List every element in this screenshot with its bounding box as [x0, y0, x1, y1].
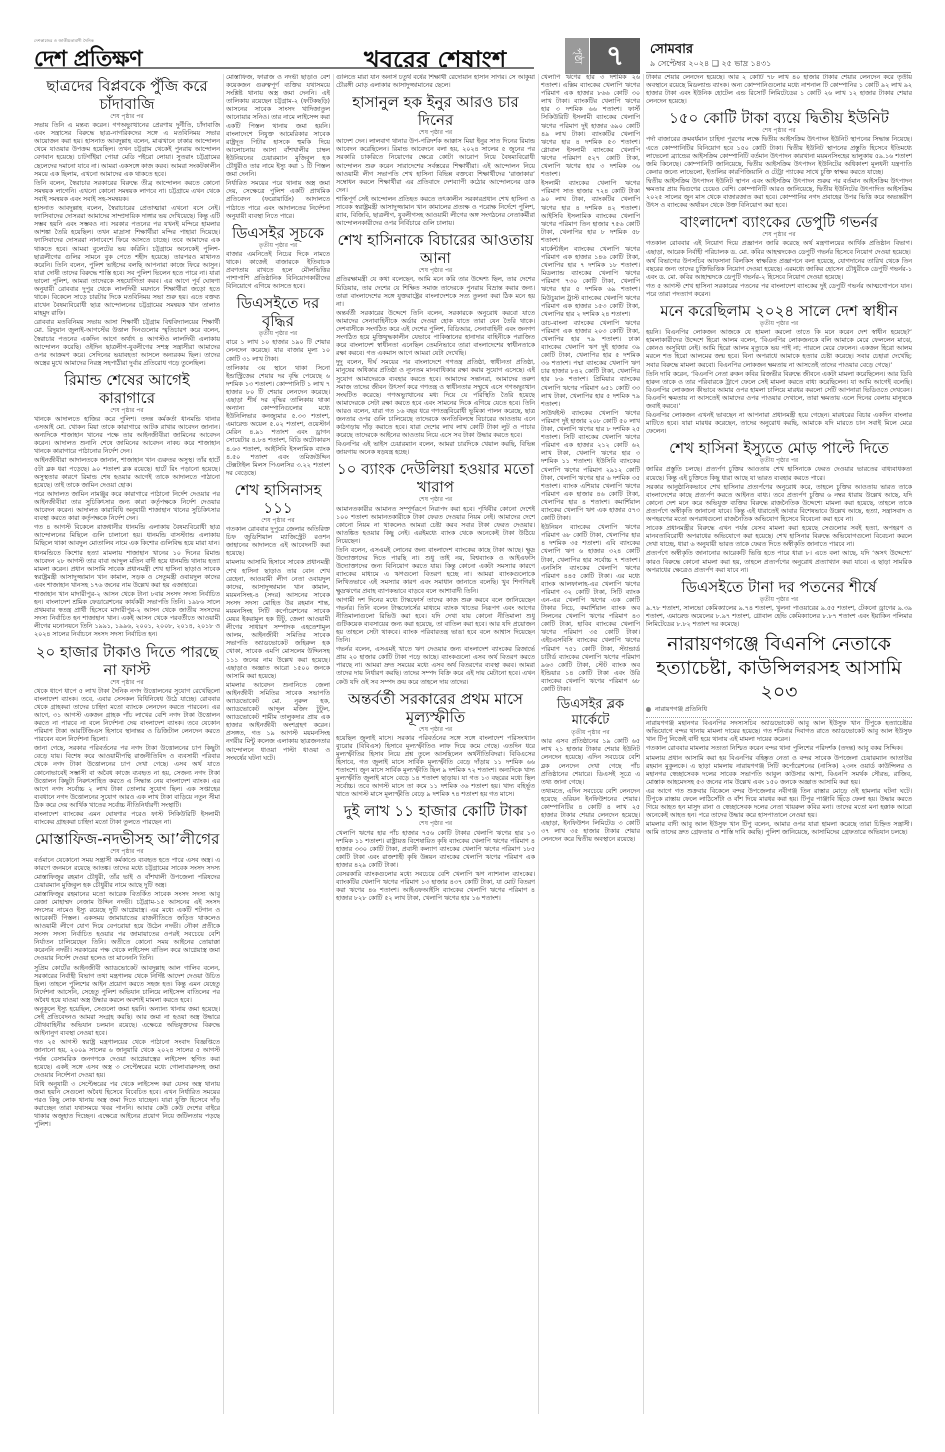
bullet-icon — [646, 707, 651, 712]
article-paragraph: বিএনপির এই ভাইস চেয়ারম্যান বলেন, আমরা চ… — [336, 441, 535, 457]
headline-deputy-governor[interactable]: বাংলাদেশ ব্যাংকের ডেপুটি গভর্নর — [646, 213, 912, 231]
article-paragraph: সাবেক প্রধানমন্ত্রীর বিরুদ্ধে এখন পর্যন্… — [646, 525, 912, 549]
article-paragraph: হয়েছিল জুলাই মাসে। সরকার পরিবর্তনের সঙ্… — [336, 735, 535, 800]
column-divider — [223, 74, 224, 1414]
date-divider — [646, 72, 911, 73]
article-paragraph: মামলায় প্রধান আসামি করা হয় বিএনপির বহি… — [646, 755, 912, 787]
article-paragraph: সরকার আনুষ্ঠানিকভাবে শেখ হাসিনার প্রত্যর… — [646, 484, 912, 524]
article-paragraph: মামলায় আসামি হিসাবে সাবেক প্রধানমন্ত্রী… — [226, 559, 330, 680]
continuation-note: শেষ পৃষ্ঠার পর — [34, 407, 220, 415]
article-paragraph: বাজার এমনিতেই নিচের দিকে নামতে থাকে। কাজ… — [226, 251, 330, 291]
masthead: দেশকাজের ও জাতীয়তাবাদী দৈনিক দেশ প্রতিক… — [34, 38, 914, 68]
article-paragraph: অন্তর্বর্তী সরকারের উদ্দেশে তিনি বলেন, স… — [336, 310, 535, 359]
article-paragraph: জারির প্রস্তুতি চলছে। প্রত্যর্পণ চুক্তির… — [646, 466, 912, 482]
article-paragraph: তথ্যমতে, এদিন সবচেয়ে বেশি লেনদেন হয়েছে… — [541, 788, 640, 845]
page-label: পৃষ্ঠা — [565, 38, 589, 74]
column-divider — [333, 74, 334, 1414]
continuation-note: শেষ পৃষ্ঠার পর — [336, 726, 535, 734]
continuation-note: শেষ পৃষ্ঠার পর — [336, 820, 535, 828]
continuation-note: শেষ পৃষ্ঠার পর — [34, 848, 220, 856]
headline-dse-suchok[interactable]: ডিএসইর সূচকে — [226, 224, 330, 242]
article-paragraph: ইউনিয়ন ব্যাংকের খেলাপি ঋণের পরিমাণ ৬৮ ক… — [541, 524, 640, 694]
article-paragraph: প্রত্যর্পণে অস্বীকৃতি জানানোর আরেকটি ভিত… — [646, 550, 912, 574]
article-paragraph: হাসনাত আবদুল্লাহ বলেন, স্বৈরাচারের প্রেত… — [34, 205, 220, 318]
headline-dse-dor-briddhi[interactable]: ডিএসইতে দর বৃদ্ধির — [226, 294, 330, 330]
article-paragraph: জানা গেছে, সরকার পরিবর্তনের পর নগদ টাকা … — [34, 745, 220, 810]
article-paragraph: গতকাল রোববার মামলার সত্যতা নিশ্চিত করেন … — [646, 745, 912, 753]
headline-dui-lakh-koti[interactable]: দুই লাখ ১১ হাজার কোটি টাকা — [336, 802, 535, 820]
column-4: খেলাপি ঋণের হার ৩ দশমিক ২৬ শতাংশ। এক্সিম… — [541, 74, 640, 1394]
article-paragraph: মামলার বাদী আবু আল ইউসুফ খান টিপু বলেন, … — [646, 821, 912, 837]
article-paragraph: ডাচ-বাংলা ব্যাংকের খেলাপি ঋণের পরিমাণ এক… — [541, 320, 640, 409]
byline: নারায়ণগঞ্জ প্রতিনিধি — [646, 706, 912, 718]
article-paragraph: গতকাল রোববার দুপুরে জেলার অতিরিক্ত চিফ জ… — [226, 526, 330, 558]
article-paragraph: মার্কেন্টাইল ব্যাংকের খেলাপি ঋণের পরিমাণ… — [541, 246, 640, 319]
article-paragraph: অর্থ বিভাগের উপসচিব আফসানা বিলকিস স্বাক্… — [646, 258, 912, 282]
headline-dse-block-market[interactable]: ডিএসইর ব্লক মার্কেটে — [541, 697, 640, 729]
column-divider — [643, 74, 644, 1414]
issue-date: ৯ সেপ্টেম্বর ২০২৪ ❑ ২৫ ভাদ্র ১৪৩১ — [650, 58, 771, 71]
article-paragraph: মামলার আবেদন শুনানিতে জেলা আইনজীবী সমিতি… — [226, 682, 330, 763]
byline-text: নারায়ণগঞ্জ প্রতিনিধি — [655, 706, 707, 713]
article-paragraph: ধানমন্ডিতে কিশোর হত্যা মামলায় শাজাহান খ… — [34, 550, 220, 590]
headline-2024-desh-swadhin[interactable]: মনে করেছিলাম ২০২৪ সালে দেশ স্বাধীন — [646, 302, 912, 320]
continuation-note: শেষ পৃষ্ঠার পর — [646, 127, 912, 135]
column-2: মোস্তাফিজ, ফারাজ ও নদভী ছাড়াও বেশ কয়েক… — [226, 74, 330, 1394]
continuation-note: শেষ পৃষ্ঠার পর — [336, 496, 535, 504]
article-paragraph: ইসলামী ব্যাংকের খেলাপি ঋণের পরিমাণ সাত হ… — [541, 180, 640, 245]
continuation-note: শেষ পৃষ্ঠার পর — [336, 267, 535, 275]
article-paragraph: গুলিতে মারা যান অনার্স চতুর্থ বর্ষের শিক… — [336, 74, 535, 90]
continuation-note: তৃতীয় পৃষ্ঠার পর — [226, 330, 330, 338]
continuation-note: তৃতীয় পৃষ্ঠার পর — [646, 457, 912, 465]
column-1: ছাত্রদের বিপ্লবকে পুঁজি করে চাঁদাবাজি শে… — [34, 74, 220, 1394]
continuation-note: শেষ পৃষ্ঠার পর — [226, 517, 330, 525]
continuation-note: শেষ পৃষ্ঠার পর — [646, 231, 912, 239]
article-paragraph: তিনি বলেন, স্বৈরাচার সরকারের বিরুদ্ধে তী… — [34, 180, 220, 204]
continuation-note: তৃতীয় পৃষ্ঠার পর — [646, 320, 912, 328]
article-paragraph: সভায় তিনি এ মন্তব্য করেন। গণঅভ্যুত্থানে… — [34, 122, 220, 179]
article-paragraph: সুপ্রিম কোর্টের আইনজীবী অ্যাডভোকেট আবদুল… — [34, 965, 220, 1005]
article-paragraph: শাজাহান খান মাদারীপুর-২ আসন থেকে টানা ৮ব… — [34, 591, 220, 640]
article-paragraph: মোস্তাফিজ, ফারাজ ও নদভী ছাড়াও বেশ কয়েক… — [226, 74, 330, 179]
headline-150-koti-unit[interactable]: ১৫০ কোটি টাকা ব্যয়ে দ্বিতীয় ইউনিট — [646, 109, 912, 127]
article-paragraph: আইনজীবীরা আদালতকে জানান, শাজাহান খান গুর… — [34, 457, 220, 489]
article-paragraph: শান্তিপূর্ণ সেই আন্দোলন প্রতিহত করতে তৎক… — [336, 196, 535, 228]
article-paragraph: তিনি বলেন, এসএমই লোনের জন্য বাংলাদেশ ব্য… — [336, 547, 535, 596]
headline-mullasfiti[interactable]: অন্তর্বর্তী সরকারের প্রথম মাসে মূল্যস্ফী… — [336, 690, 535, 726]
headline-sheikh-hasina-111[interactable]: শেখ হাসিনাসহ ১১১ — [226, 481, 330, 517]
article-paragraph: গত ৪ আগস্ট বিকেলে রাজধানীর ধানমন্ডি এলাক… — [34, 524, 220, 548]
headline-10-bank-deulia[interactable]: ১০ ব্যাংক দেউলিয়া হওয়ার মতো খারাপ — [336, 460, 535, 496]
article-paragraph: প্রতিরক্ষামন্ত্রী যে কথা বলেছেন, আমি মনে… — [336, 276, 535, 308]
article-paragraph: অনুকূলে ইস্যু হয়েছিল, সেগুলো জমা হয়নি।… — [34, 1006, 220, 1038]
article-paragraph: বিধি অনুযায়ী ৩ সেপ্টেম্বরের পর থেকে লাই… — [34, 1081, 220, 1130]
article-paragraph: হয়নি। বিএনপির লোকজন আজকে যে হামলা করলো … — [646, 329, 912, 369]
continuation-note: শেষ পৃষ্ঠার পর — [336, 129, 535, 137]
article-paragraph: থেকে ধাপে ধাপে ৫ লাখ টাকা দৈনিক নগদ উত্ত… — [34, 688, 220, 745]
article-paragraph: মোস্তাফিজুর রহমানের মতো আরেক বিতর্কিত সা… — [34, 891, 220, 964]
article-paragraph: আর এসব প্রতিষ্ঠানের ১৯ কোটি ৬৫ লাখ ২১ হা… — [541, 738, 640, 787]
continuation-note: তৃতীয় পৃষ্ঠার পর — [646, 596, 912, 604]
article-paragraph: পরে আদালত জামিন নামঞ্জুর করে কারাগারে পা… — [34, 491, 220, 523]
article-paragraph: তিনি দাবি করেন, ‘বিএনপি নেতা রুকন কবির র… — [646, 371, 912, 411]
article-paragraph: এর আগে গত শুক্রবার বিকেলে বন্দর উপজেলার … — [646, 788, 912, 820]
headline-hasina-bichar[interactable]: শেখ হাসিনাকে বিচারের আওতায় আনা — [336, 231, 535, 267]
continuation-note: শেষ পৃষ্ঠার পর — [34, 679, 220, 687]
headline-dse-dor-poton[interactable]: ডিএসইতে টানা দর পতনের শীর্ষে — [646, 578, 912, 596]
continuation-note: তৃতীয় পৃষ্ঠার পর — [226, 242, 330, 250]
article-paragraph: আগামী দশ দিনের মধ্যে টাস্কফোর্স তাদের কা… — [336, 597, 535, 646]
article-paragraph: বিএনপির লোকজন এখনই ভাবছেন না আপনারা প্রধ… — [646, 412, 912, 436]
headline-remand-karagar[interactable]: রিমান্ড শেষের আগেই কারাগারে — [34, 371, 220, 407]
headline-hasina-issue-mor[interactable]: শেখ হাসিনা ইস্যুতে মোড় পাল্টে দিতে — [646, 439, 912, 457]
masthead-divider — [34, 67, 534, 69]
column-3: গুলিতে মারা যান অনার্স চতুর্থ বর্ষের শিক… — [336, 74, 535, 1394]
article-paragraph: বেসরকারি ব্যাংকগুলোর মধ্যে সবচেয়ে বেশি … — [336, 871, 535, 903]
headline-chhatra-chandabaji[interactable]: ছাত্রদের বিপ্লবকে পুঁজি করে চাঁদাবাজি — [34, 77, 220, 113]
article-paragraph: টাকার শেয়ার লেনদেন হয়েছে। আর ২ কোটি ৭৮… — [646, 74, 912, 106]
article-paragraph: খেলাপি ঋণের হার ৩ দশমিক ২৬ শতাংশ। এক্সিম… — [541, 74, 640, 179]
article-paragraph: তালিকার ৩য় স্থানে থাকা সিনো ইন্ডাস্ট্রি… — [226, 365, 330, 478]
article-paragraph: গভর্নর বলেন, এসএমই খাতে ঋণ দেওয়ার জন্য … — [336, 646, 535, 686]
article-paragraph: গতকাল রোববার এই নিয়োগ দিয়ে প্রজ্ঞাপন জ… — [646, 240, 912, 256]
headline-mostafiz-nodvi[interactable]: মোস্তাফিজ-নদভীসহ আ’লীগের — [34, 830, 220, 848]
continuation-note: তৃতীয় পৃষ্ঠার পর — [541, 729, 640, 737]
headline-inu-remand[interactable]: হাসানুল হক ইনুর আরও চার দিনের — [336, 93, 535, 129]
article-paragraph: বর্তমানে যেকোনো সময় সন্ত্রাসী কর্মকাণ্ড… — [34, 857, 220, 889]
article-paragraph: সাউথইস্ট ব্যাংকের খেলাপি ঋণের পরিমাণ দুই… — [541, 410, 640, 523]
article-paragraph: গত ৫ আগস্ট শেখ হাসিনা সরকারের পতনের পর ব… — [646, 283, 912, 299]
article-paragraph: ৯.৭৮ শতাংশ, সালভো কেমিক্যালের ৯.৭৪ শতাংশ… — [646, 605, 912, 629]
article-paragraph: আমানতকারীর আমানত সম্পূর্ণরূপে নিরাপদ করা… — [336, 506, 535, 546]
article-paragraph: বাংলাদেশ ব্যাংকের এমন ঘোষণার পরেও ফাস্ট … — [34, 811, 220, 827]
headline-20-hajar-taka[interactable]: ২০ হাজার টাকাও দিতে পারছে না ফাস্ট — [34, 643, 220, 679]
page-number: ৭ — [590, 38, 640, 74]
column-divider — [538, 74, 539, 1414]
article-paragraph: আদেশ দেন। লালবাগ থানার উপ-পরিদর্শক আক্কা… — [336, 138, 535, 195]
article-paragraph: নির্ধারিত সময়ের পরে থানায় অস্ত্র জমা দ… — [226, 180, 330, 220]
article-paragraph: পর্দা বাজারের ক্রমবর্ধমান চাহিদা পূরণের … — [646, 136, 912, 176]
continuation-note: শেষ পৃষ্ঠার পর — [34, 113, 220, 121]
article-paragraph: দ্বিতীয় আইসক্রিম উৎপাদন ইউনিট স্থাপন এব… — [646, 178, 912, 210]
article-paragraph: দুদু বলেন, দীর্ঘ সময়ের পর বাংলাদেশে গণত… — [336, 359, 535, 440]
article-paragraph: নারায়ণগঞ্জ মহানগর বিএনপির সদস্যসচিব অ্য… — [646, 720, 912, 744]
article-paragraph: খেলাপি ঋণের হার পাঁচ হাজার ৭৫৬ কোটি টাকা… — [336, 830, 535, 870]
article-paragraph: রোববার মতবিনিময় সভায় আসা শিক্ষার্থী চট… — [34, 319, 220, 368]
column-5: টাকার শেয়ার লেনদেন হয়েছে। আর ২ কোটি ৭৮… — [646, 74, 912, 1394]
headline-narayanganj-bnp[interactable]: নারায়ণগঞ্জে বিএনপি নেতাকে হত্যাচেষ্টা, … — [646, 632, 912, 704]
article-paragraph: খানকে আদালতে হাজির করে পুলিশ। তদন্ত কর্ম… — [34, 416, 220, 456]
article-paragraph: গত ২৫ আগস্ট স্বরাষ্ট্র মন্ত্রণালয়ের থেক… — [34, 1039, 220, 1079]
article-paragraph: বারে ১ লাখ ১০ হাজার ১৯০ টি শেয়ার লেনদেন… — [226, 339, 330, 363]
